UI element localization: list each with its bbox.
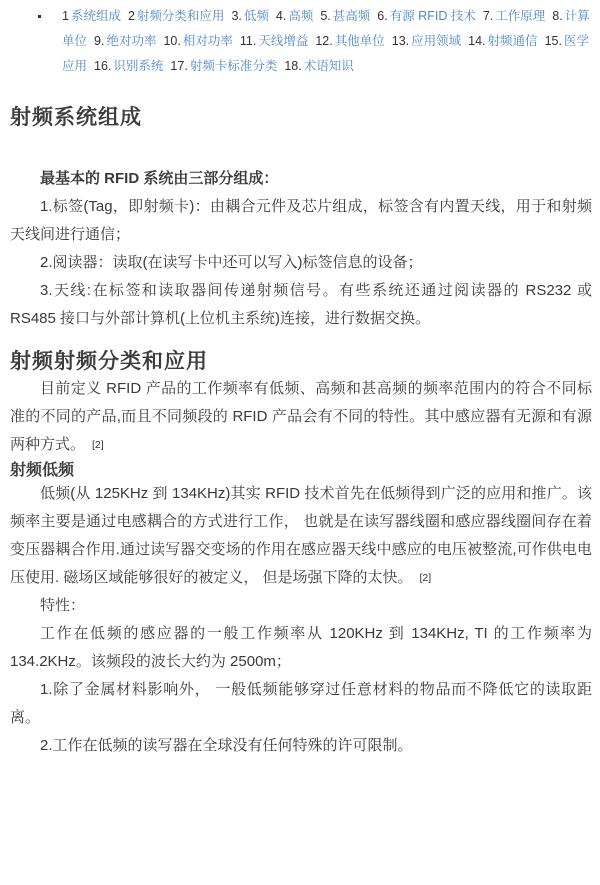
toc-item-number: 16. [94, 59, 111, 73]
article-page: 1系统组成2射频分类和应用3.低频4.高频5.甚高频6.有源 RFID 技术7.… [0, 4, 600, 760]
toc-link-3[interactable]: 低频 [244, 9, 269, 23]
toc-item-number: 12. [315, 34, 332, 48]
toc-item-number: 18. [284, 59, 301, 73]
toc-item: 12.其他单位 [315, 34, 391, 48]
toc-link-2[interactable]: 射频分类和应用 [137, 9, 225, 23]
toc-item: 6.有源 RFID 技术 [377, 9, 483, 23]
trait-license: 2.工作在低频的读写器在全球没有任何特殊的许可限制。 [10, 732, 592, 760]
toc-link-17[interactable]: 射频卡标准分类 [190, 59, 278, 73]
toc-item: 14.射频通信 [468, 34, 544, 48]
section-heading-system: 射频系统组成 [10, 105, 592, 131]
toc-item-number: 4. [276, 9, 286, 23]
toc-item: 13.应用领域 [392, 34, 468, 48]
toc-item-number: 8. [552, 9, 562, 23]
traits-label: 特性： [10, 592, 592, 620]
toc-link-4[interactable]: 高频 [288, 9, 313, 23]
low-frequency-text: 低频(从 125KHz 到 134KHz)其实 RFID 技术首先在低频得到广泛… [10, 485, 592, 586]
toc-item-number: 1 [62, 9, 69, 23]
citation-ref-link[interactable]: [2] [92, 439, 104, 451]
toc-item-number: 2 [128, 9, 135, 23]
toc-link-14[interactable]: 射频通信 [488, 34, 538, 48]
toc-link-6[interactable]: 有源 RFID 技术 [390, 9, 476, 23]
toc-item: 7.工作原理 [483, 9, 552, 23]
toc-link-16[interactable]: 识别系统 [113, 59, 163, 73]
toc-item: 1系统组成 [62, 9, 128, 23]
toc-item-number: 13. [392, 34, 409, 48]
toc-link-1[interactable]: 系统组成 [71, 9, 121, 23]
lead-paragraph: 最基本的 RFID 系统由三部分组成： [10, 165, 592, 193]
toc-item: 5.甚高频 [320, 9, 377, 23]
toc-item-number: 11. [240, 34, 256, 48]
paragraph-classification-intro: 目前定义 RFID 产品的工作频率有低频、高频和甚高频的频率范围内的符合不同标准… [10, 375, 592, 459]
toc-item-number: 15. [545, 34, 562, 48]
toc-link-13[interactable]: 应用领域 [411, 34, 461, 48]
trait-material-penetration: 1.除了金属材料影响外， 一般低频能够穿过任意材料的物品而不降低它的读取距离。 [10, 676, 592, 732]
toc-link-18[interactable]: 术语知识 [304, 59, 354, 73]
table-of-contents: 1系统组成2射频分类和应用3.低频4.高频5.甚高频6.有源 RFID 技术7.… [10, 4, 592, 79]
toc-item-number: 10. [163, 34, 180, 48]
subheading-low-frequency: 射频低频 [10, 462, 592, 480]
toc-link-5[interactable]: 甚高频 [333, 9, 371, 23]
paragraph-reader: 2.阅读器：读取(在读写卡中还可以写入)标签信息的设备； [10, 249, 592, 277]
toc-item: 16.识别系统 [94, 59, 170, 73]
section-heading-classification: 射频射频分类和应用 [10, 349, 592, 375]
paragraph-antenna: 3.天线:在标签和读取器间传递射频信号。有些系统还通过阅读器的 RS232 或 … [10, 277, 592, 333]
toc-item: 3.低频 [231, 9, 275, 23]
toc-item: 17.射频卡标准分类 [170, 59, 284, 73]
toc-item-number: 3. [231, 9, 241, 23]
toc-item-number: 5. [320, 9, 330, 23]
toc-bullet-icon [38, 15, 41, 18]
trait-frequency-range: 工作在低频的感应器的一般工作频率从 120KHz 到 134KHz, TI 的工… [10, 620, 592, 676]
toc-item-number: 9. [94, 34, 104, 48]
toc-item-number: 17. [170, 59, 187, 73]
toc-link-10[interactable]: 相对功率 [183, 34, 233, 48]
citation-ref-link[interactable]: [2] [420, 572, 432, 584]
paragraph-low-frequency: 低频(从 125KHz 到 134KHz)其实 RFID 技术首先在低频得到广泛… [10, 480, 592, 592]
toc-item: 11.天线增益 [240, 34, 315, 48]
toc-link-11[interactable]: 天线增益 [258, 34, 308, 48]
toc-item: 18.术语知识 [284, 59, 360, 73]
toc-item: 9.绝对功率 [94, 34, 163, 48]
toc-item-number: 7. [483, 9, 493, 23]
toc-item-number: 6. [377, 9, 387, 23]
toc-item: 10.相对功率 [163, 34, 239, 48]
toc-link-7[interactable]: 工作原理 [495, 9, 545, 23]
toc-item-number: 14. [468, 34, 485, 48]
toc-link-12[interactable]: 其他单位 [335, 34, 385, 48]
toc-link-9[interactable]: 绝对功率 [106, 34, 156, 48]
toc-item: 4.高频 [276, 9, 320, 23]
toc-item: 2射频分类和应用 [128, 9, 231, 23]
paragraph-tag: 1.标签(Tag，即射频卡)：由耦合元件及芯片组成，标签含有内置天线，用于和射频… [10, 193, 592, 249]
